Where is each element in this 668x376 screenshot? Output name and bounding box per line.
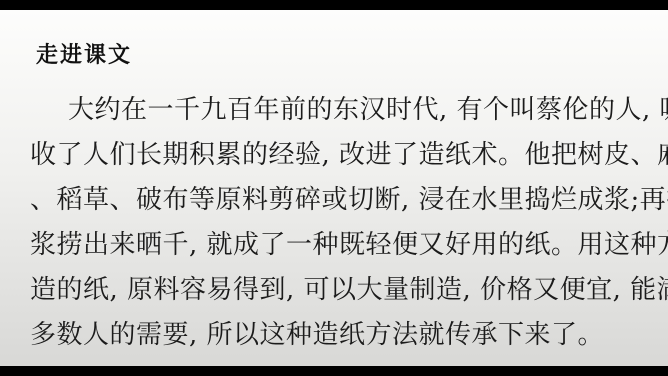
slide-canvas: 走进课文 大约在一千九百年前的东汉时代, 有个叫蔡伦的人, 吸 收了人们长期积累…	[0, 10, 668, 366]
letterbox-bar-bottom	[0, 366, 668, 376]
body-text-line-5: 造的纸, 原料容易得到, 可以大量制造, 价格又便宜, 能满足	[30, 268, 660, 313]
presentation-viewport: 走进课文 大约在一千九百年前的东汉时代, 有个叫蔡伦的人, 吸 收了人们长期积累…	[0, 0, 668, 376]
body-text-line-1: 大约在一千九百年前的东汉时代, 有个叫蔡伦的人, 吸	[30, 88, 660, 133]
body-text-line-4: 浆捞出来晒千, 就成了一种既轻便又好用的纸。用这种方法	[30, 223, 660, 268]
slide-title: 走进课文	[36, 38, 132, 69]
body-text-line-2: 收了人们长期积累的经验, 改进了造纸术。他把树皮、麻头	[30, 133, 660, 178]
body-text-line-3: 、稻草、破布等原料剪碎或切断, 浸在水里捣烂成浆;再把	[30, 178, 660, 223]
letterbox-bar-top	[0, 0, 668, 10]
slide-body-paragraph: 大约在一千九百年前的东汉时代, 有个叫蔡伦的人, 吸 收了人们长期积累的经验, …	[30, 88, 660, 358]
body-text-line-6: 多数人的需要, 所以这种造纸方法就传承下来了。	[30, 313, 660, 358]
